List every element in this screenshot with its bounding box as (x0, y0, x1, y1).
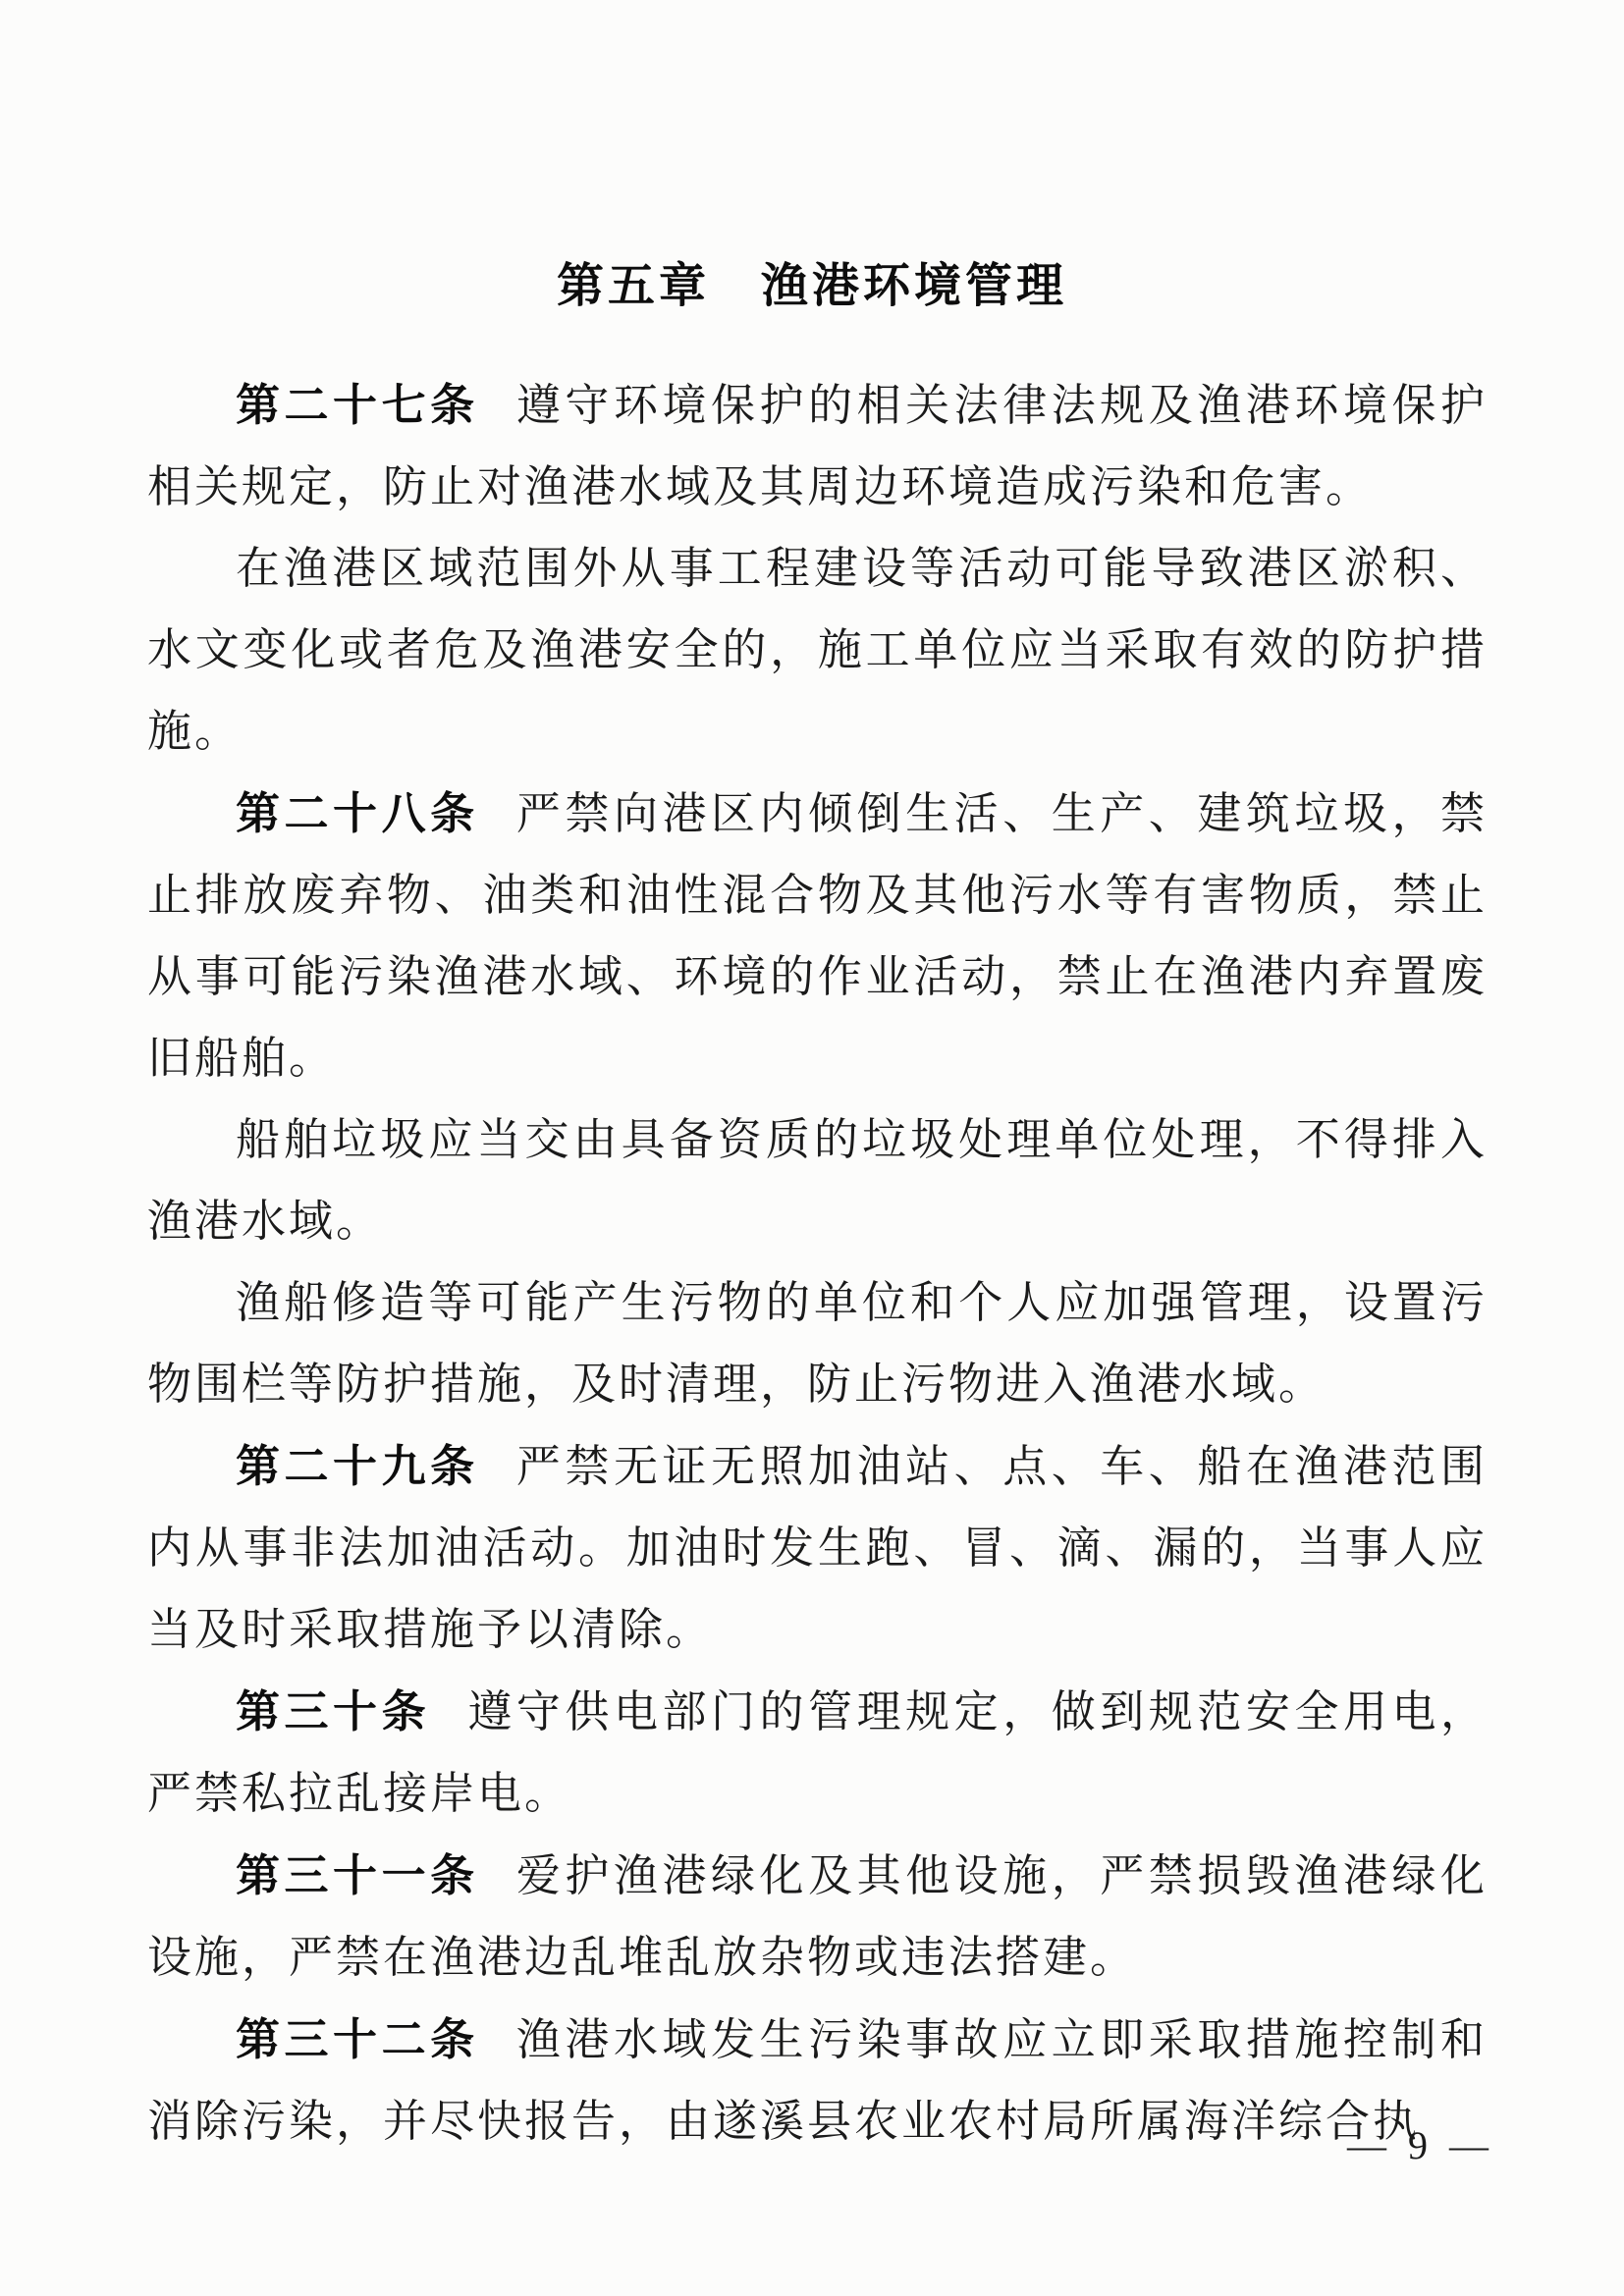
paragraph: 第三十二条渔港水域发生污染事故应立即采取措施控制和消除污染，并尽快报告，由遂溪县… (147, 1999, 1488, 2163)
paragraph-text: 船舶垃圾应当交由具备资质的垃圾处理单位处理，不得排入渔港水域。 (147, 1115, 1488, 1246)
paragraph: 渔船修造等可能产生污物的单位和个人应加强管理，设置污物围栏等防护措施，及时清理，… (147, 1262, 1488, 1425)
article-number: 第三十一条 (236, 1850, 479, 1900)
paragraph-text: 在渔港区域范围外从事工程建设等活动可能导致港区淤积、水文变化或者危及渔港安全的，… (147, 544, 1488, 756)
article-number: 第二十七条 (236, 380, 479, 430)
article-number: 第二十八条 (236, 788, 479, 838)
page-number: — 9 — (1347, 2122, 1494, 2168)
paragraph: 第三十条遵守供电部门的管理规定，做到规范安全用电，严禁私拉乱接岸电。 (147, 1671, 1488, 1835)
document-page: 第五章 渔港环境管理 第二十七条遵守环境保护的相关法律法规及渔港环境保护相关规定… (0, 0, 1624, 2296)
document-body: 第二十七条遵守环境保护的相关法律法规及渔港环境保护相关规定，防止对渔港水域及其周… (147, 364, 1488, 2163)
paragraph: 第二十八条严禁向港区内倾倒生活、生产、建筑垃圾，禁止排放废弃物、油类和油性混合物… (147, 773, 1488, 1099)
article-number: 第三十条 (236, 1686, 430, 1736)
paragraph: 船舶垃圾应当交由具备资质的垃圾处理单位处理，不得排入渔港水域。 (147, 1099, 1488, 1262)
chapter-title: 第五章 渔港环境管理 (0, 247, 1624, 315)
paragraph: 第三十一条爱护渔港绿化及其他设施，严禁损毁渔港绿化设施，严禁在渔港边乱堆乱放杂物… (147, 1835, 1488, 1999)
paragraph: 第二十七条遵守环境保护的相关法律法规及渔港环境保护相关规定，防止对渔港水域及其周… (147, 364, 1488, 528)
article-number: 第三十二条 (236, 2014, 479, 2064)
paragraph: 第二十九条严禁无证无照加油站、点、车、船在渔港范围内从事非法加油活动。加油时发生… (147, 1425, 1488, 1671)
article-number: 第二十九条 (236, 1441, 479, 1491)
paragraph-text: 渔船修造等可能产生污物的单位和个人应加强管理，设置污物围栏等防护措施，及时清理，… (147, 1278, 1488, 1409)
paragraph: 在渔港区域范围外从事工程建设等活动可能导致港区淤积、水文变化或者危及渔港安全的，… (147, 528, 1488, 773)
